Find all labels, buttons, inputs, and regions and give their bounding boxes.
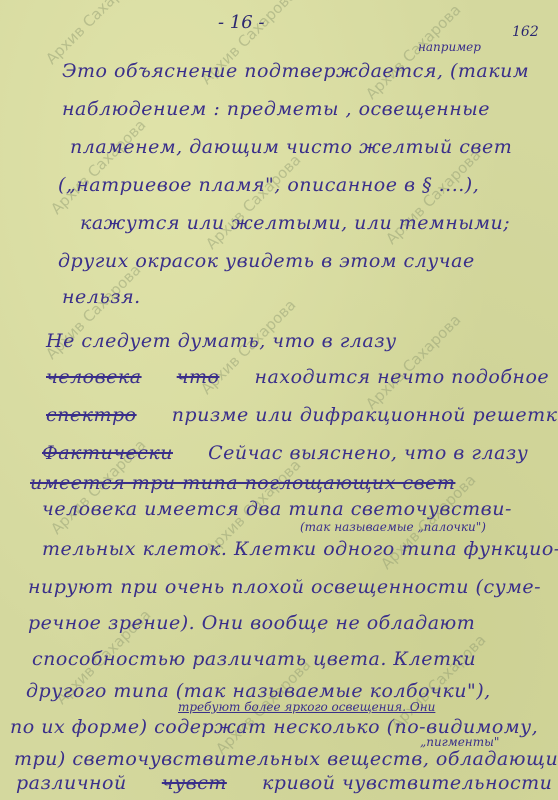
text-line: речное зрение). Они вообще не обладают	[28, 612, 475, 634]
watermark: Архив Сахарова	[47, 116, 149, 218]
watermark: Архив Сахарова	[362, 311, 464, 413]
text-line: спектро призме или дифракционной решетке	[46, 404, 558, 426]
struck-line: имеется три типа поглощающих свет	[30, 472, 455, 494]
line-text: различной	[16, 772, 127, 794]
text-line: Это объяснение подтверждается, (таким	[62, 60, 529, 82]
text-line: пламенем, дающим чисто желтый свет	[70, 136, 512, 158]
struck-word: спектро	[46, 404, 137, 426]
insertion-palochki: (так называемые „палочки")	[300, 520, 486, 534]
text-line: три) светочувствительных веществ, облада…	[14, 748, 558, 770]
line-text: Сейчас выяснено, что в глазу	[208, 442, 528, 464]
manuscript-page: Архив Сахарова Архив Сахарова Архив Саха…	[0, 0, 558, 800]
text-line: других окрасок увидеть в этом случае	[58, 250, 475, 272]
text-line: человека что находится нечто подобное	[46, 366, 549, 388]
insertion-pigmenty: „пигменты"	[420, 735, 499, 749]
text-line: различной чувст кривой чувствительности …	[16, 772, 558, 794]
insertion-naprimer: например	[418, 40, 481, 54]
struck-word: что	[177, 366, 220, 388]
watermark: Архив Сахарова	[42, 0, 144, 68]
page-marker: - 16 -	[218, 12, 265, 33]
text-line: наблюдением : предметы , освещенные	[62, 98, 490, 120]
struck-word: человека	[46, 366, 142, 388]
insertion-trebuyut: требуют более яркого освещения. Они	[178, 700, 435, 714]
text-line: способностью различать цвета. Клетки	[32, 648, 476, 670]
text-line: Не следует думать, что в глазу	[46, 330, 397, 352]
text-line: нируют при очень плохой освещенности (су…	[28, 576, 541, 598]
line-text: кривой чувствительности к	[262, 772, 558, 794]
text-line: нельзя.	[62, 286, 141, 308]
text-line: другого типа (так называемые колбочки"),	[26, 680, 491, 702]
struck-word: чувст	[162, 772, 227, 794]
text-line: тельных клеток. Клетки одного типа функц…	[42, 538, 558, 560]
text-line: кажутся или желтыми, или темными;	[80, 212, 510, 234]
line-text: находится нечто подобное	[255, 366, 550, 388]
text-line: человека имеется два типа светочувстви-	[42, 498, 512, 520]
line-text: призме или дифракционной решетке	[172, 404, 558, 426]
archive-number: 162	[512, 24, 539, 40]
struck-word: Фактически	[42, 442, 173, 464]
text-line: („натриевое пламя", описанное в § ....),	[58, 174, 479, 196]
watermark: Архив Сахарова	[202, 151, 304, 253]
text-line: Фактически Сейчас выяснено, что в глазу	[42, 442, 528, 464]
